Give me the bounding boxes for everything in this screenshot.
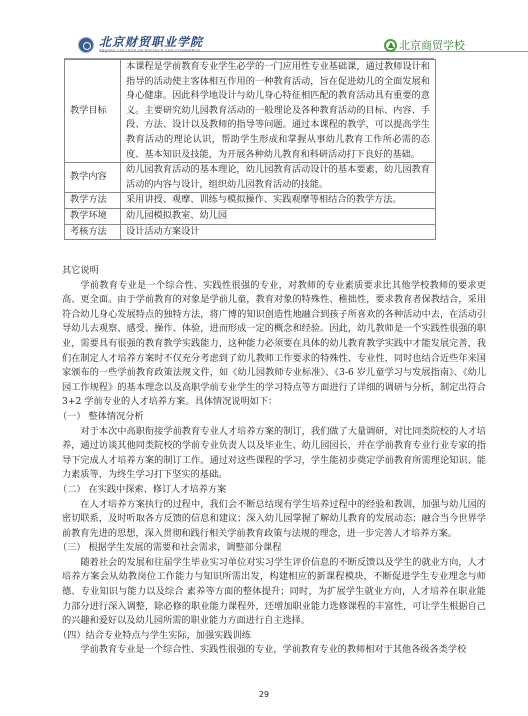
- section-heading: （三） 根据学生发展的需要和社会需求，调整部分课程: [58, 541, 486, 556]
- row-label: 教学环境: [65, 208, 121, 224]
- table-row: 教学方法 采用讲授、观摩、训练与模拟操作、实践观摩等相结合的教学方法。: [65, 193, 436, 209]
- tree-emblem-icon: [384, 39, 397, 52]
- section-paragraph: 在人才培养方案执行的过程中，我们会不断总结现有学生培养过程中的经验和教训，加强与…: [62, 498, 486, 542]
- row-label: 教学目标: [65, 60, 121, 163]
- row-label: 教学内容: [65, 163, 121, 193]
- row-value: 设计活动方案设计: [121, 224, 436, 240]
- section-paragraph: 随着社会的发展和往届学生毕业实习单位对实习学生评价信息的不断反馈以及学生的就业方…: [62, 556, 486, 629]
- page-header: 北京财贸职业学院 BEIJING COLLEGE OF FINANCE AND …: [0, 0, 528, 60]
- college-emblem-icon: [78, 37, 94, 53]
- row-value: 幼儿园教育活动的基本理论，幼儿园教育活动设计的基本要素，幼儿园教育活动的内容与设…: [121, 163, 436, 193]
- table-row: 教学目标 本课程是学前教育专业学生必学的一门应用性专业基础课，通过教师设计和指导…: [65, 60, 436, 163]
- college-name-cn: 北京财贸职业学院: [99, 36, 203, 49]
- section-paragraph: 学前教育专业是一个综合性、实践性很强的专业，学前教育专业的教师相对于其他各级各类…: [62, 643, 486, 658]
- page-number: 29: [0, 690, 528, 699]
- table-row: 教学环境 幼儿园模拟教室、幼儿园: [65, 208, 436, 224]
- row-value: 幼儿园模拟教室、幼儿园: [121, 208, 436, 224]
- section-heading: （二） 在实践中探索、修订人才培养方案: [58, 483, 486, 498]
- course-info-table: 教学目标 本课程是学前教育专业学生必学的一门应用性专业基础课，通过教师设计和指导…: [64, 59, 436, 240]
- row-label: 教学方法: [65, 193, 121, 209]
- section-heading: （四）结合专业特点与学生实际，加强实践训练: [58, 629, 486, 644]
- table-row: 教学内容 幼儿园教育活动的基本理论，幼儿园教育活动设计的基本要素，幼儿园教育活动…: [65, 163, 436, 193]
- school-logo: 北京商贸学校: [384, 37, 465, 53]
- row-label: 考核方法: [65, 224, 121, 240]
- section-paragraph: 对于本次中高职衔接学前教育专业人才培养方案的制订，我们做了大量调研，对比同类院校…: [62, 425, 486, 483]
- section-title: 其它说明: [62, 264, 486, 279]
- row-value: 采用讲授、观摩、训练与模拟操作、实践观摩等相结合的教学方法。: [121, 193, 436, 209]
- school-name: 北京商贸学校: [399, 37, 465, 53]
- table-row: 考核方法 设计活动方案设计: [65, 224, 436, 240]
- document-body: 其它说明 学前教育专业是一个综合性、实践性很强的专业，对教师的专业素质要求比其他…: [62, 264, 486, 658]
- section-heading: （一） 整体情况分析: [58, 410, 486, 425]
- row-value: 本课程是学前教育专业学生必学的一门应用性专业基础课，通过教师设计和指导的活动使主…: [121, 60, 436, 163]
- intro-paragraph: 学前教育专业是一个综合性、实践性很强的专业，对教师的专业素质要求比其他学校教师的…: [62, 279, 486, 410]
